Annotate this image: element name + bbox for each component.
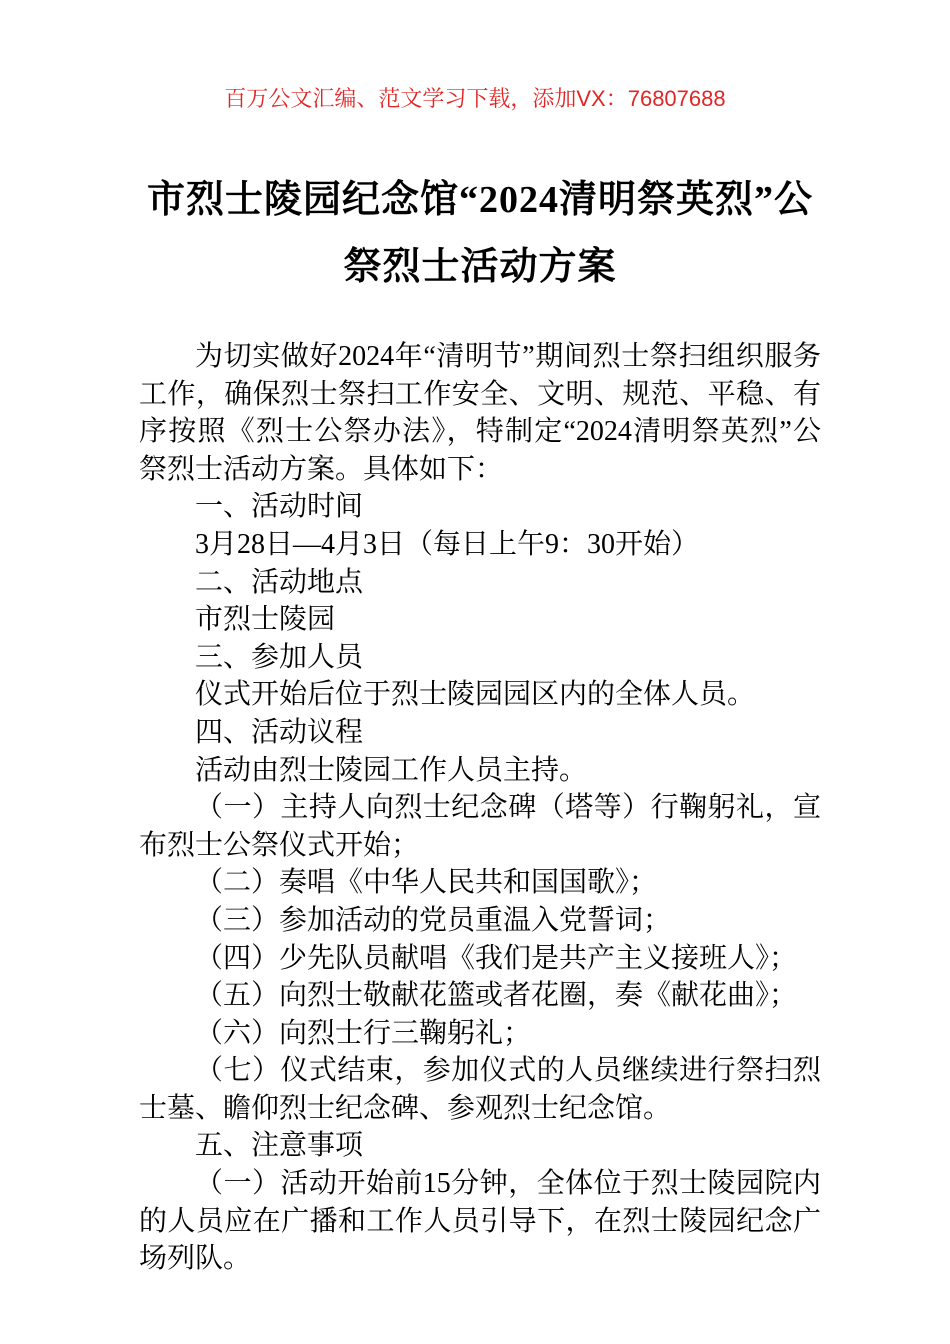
document-paragraph: （七）仪式结束，参加仪式的人员继续进行祭扫烈士墓、瞻仰烈士纪念碑、参观烈士纪念馆…	[139, 1052, 821, 1127]
document-paragraph: （一）主持人向烈士纪念碑（塔等）行鞠躬礼，宣布烈士公祭仪式开始；	[139, 789, 821, 864]
document-paragraph: （三）参加活动的党员重温入党誓词；	[139, 902, 821, 940]
document-title: 市烈士陵园纪念馆“2024清明祭英烈”公祭烈士活动方案	[139, 167, 821, 301]
document-paragraph: （二）奏唱《中华人民共和国国歌》；	[139, 864, 821, 902]
document-page: 百万公文汇编、范文学习下载，添加VX：76807688 市烈士陵园纪念馆“202…	[0, 0, 950, 1344]
document-paragraph: 市烈士陵园	[139, 601, 821, 639]
document-paragraph: （一）活动开始前15分钟，全体位于烈士陵园院内的人员应在广播和工作人员引导下，在…	[139, 1165, 821, 1278]
document-paragraph: （五）向烈士敬献花篮或者花圈，奏《献花曲》；	[139, 977, 821, 1015]
document-content-column: 市烈士陵园纪念馆“2024清明祭英烈”公祭烈士活动方案 为切实做好2024年“清…	[139, 167, 821, 1278]
document-paragraph: 活动由烈士陵园工作人员主持。	[139, 752, 821, 790]
document-paragraph: 二、活动地点	[139, 564, 821, 602]
document-paragraph: 四、活动议程	[139, 714, 821, 752]
document-body: 为切实做好2024年“清明节”期间烈士祭扫组织服务工作，确保烈士祭扫工作安全、文…	[139, 338, 821, 1278]
document-paragraph: （四）少先队员献唱《我们是共产主义接班人》；	[139, 940, 821, 978]
document-paragraph: 一、活动时间	[139, 488, 821, 526]
document-paragraph: 3月28日—4月3日（每日上午9：30开始）	[139, 526, 821, 564]
document-paragraph: （六）向烈士行三鞠躬礼；	[139, 1015, 821, 1053]
promo-banner-text: 百万公文汇编、范文学习下载，添加VX：76807688	[0, 0, 950, 113]
document-paragraph: 三、参加人员	[139, 639, 821, 677]
document-paragraph: 仪式开始后位于烈士陵园园区内的全体人员。	[139, 676, 821, 714]
document-paragraph: 五、注意事项	[139, 1127, 821, 1165]
document-paragraph: 为切实做好2024年“清明节”期间烈士祭扫组织服务工作，确保烈士祭扫工作安全、文…	[139, 338, 821, 488]
